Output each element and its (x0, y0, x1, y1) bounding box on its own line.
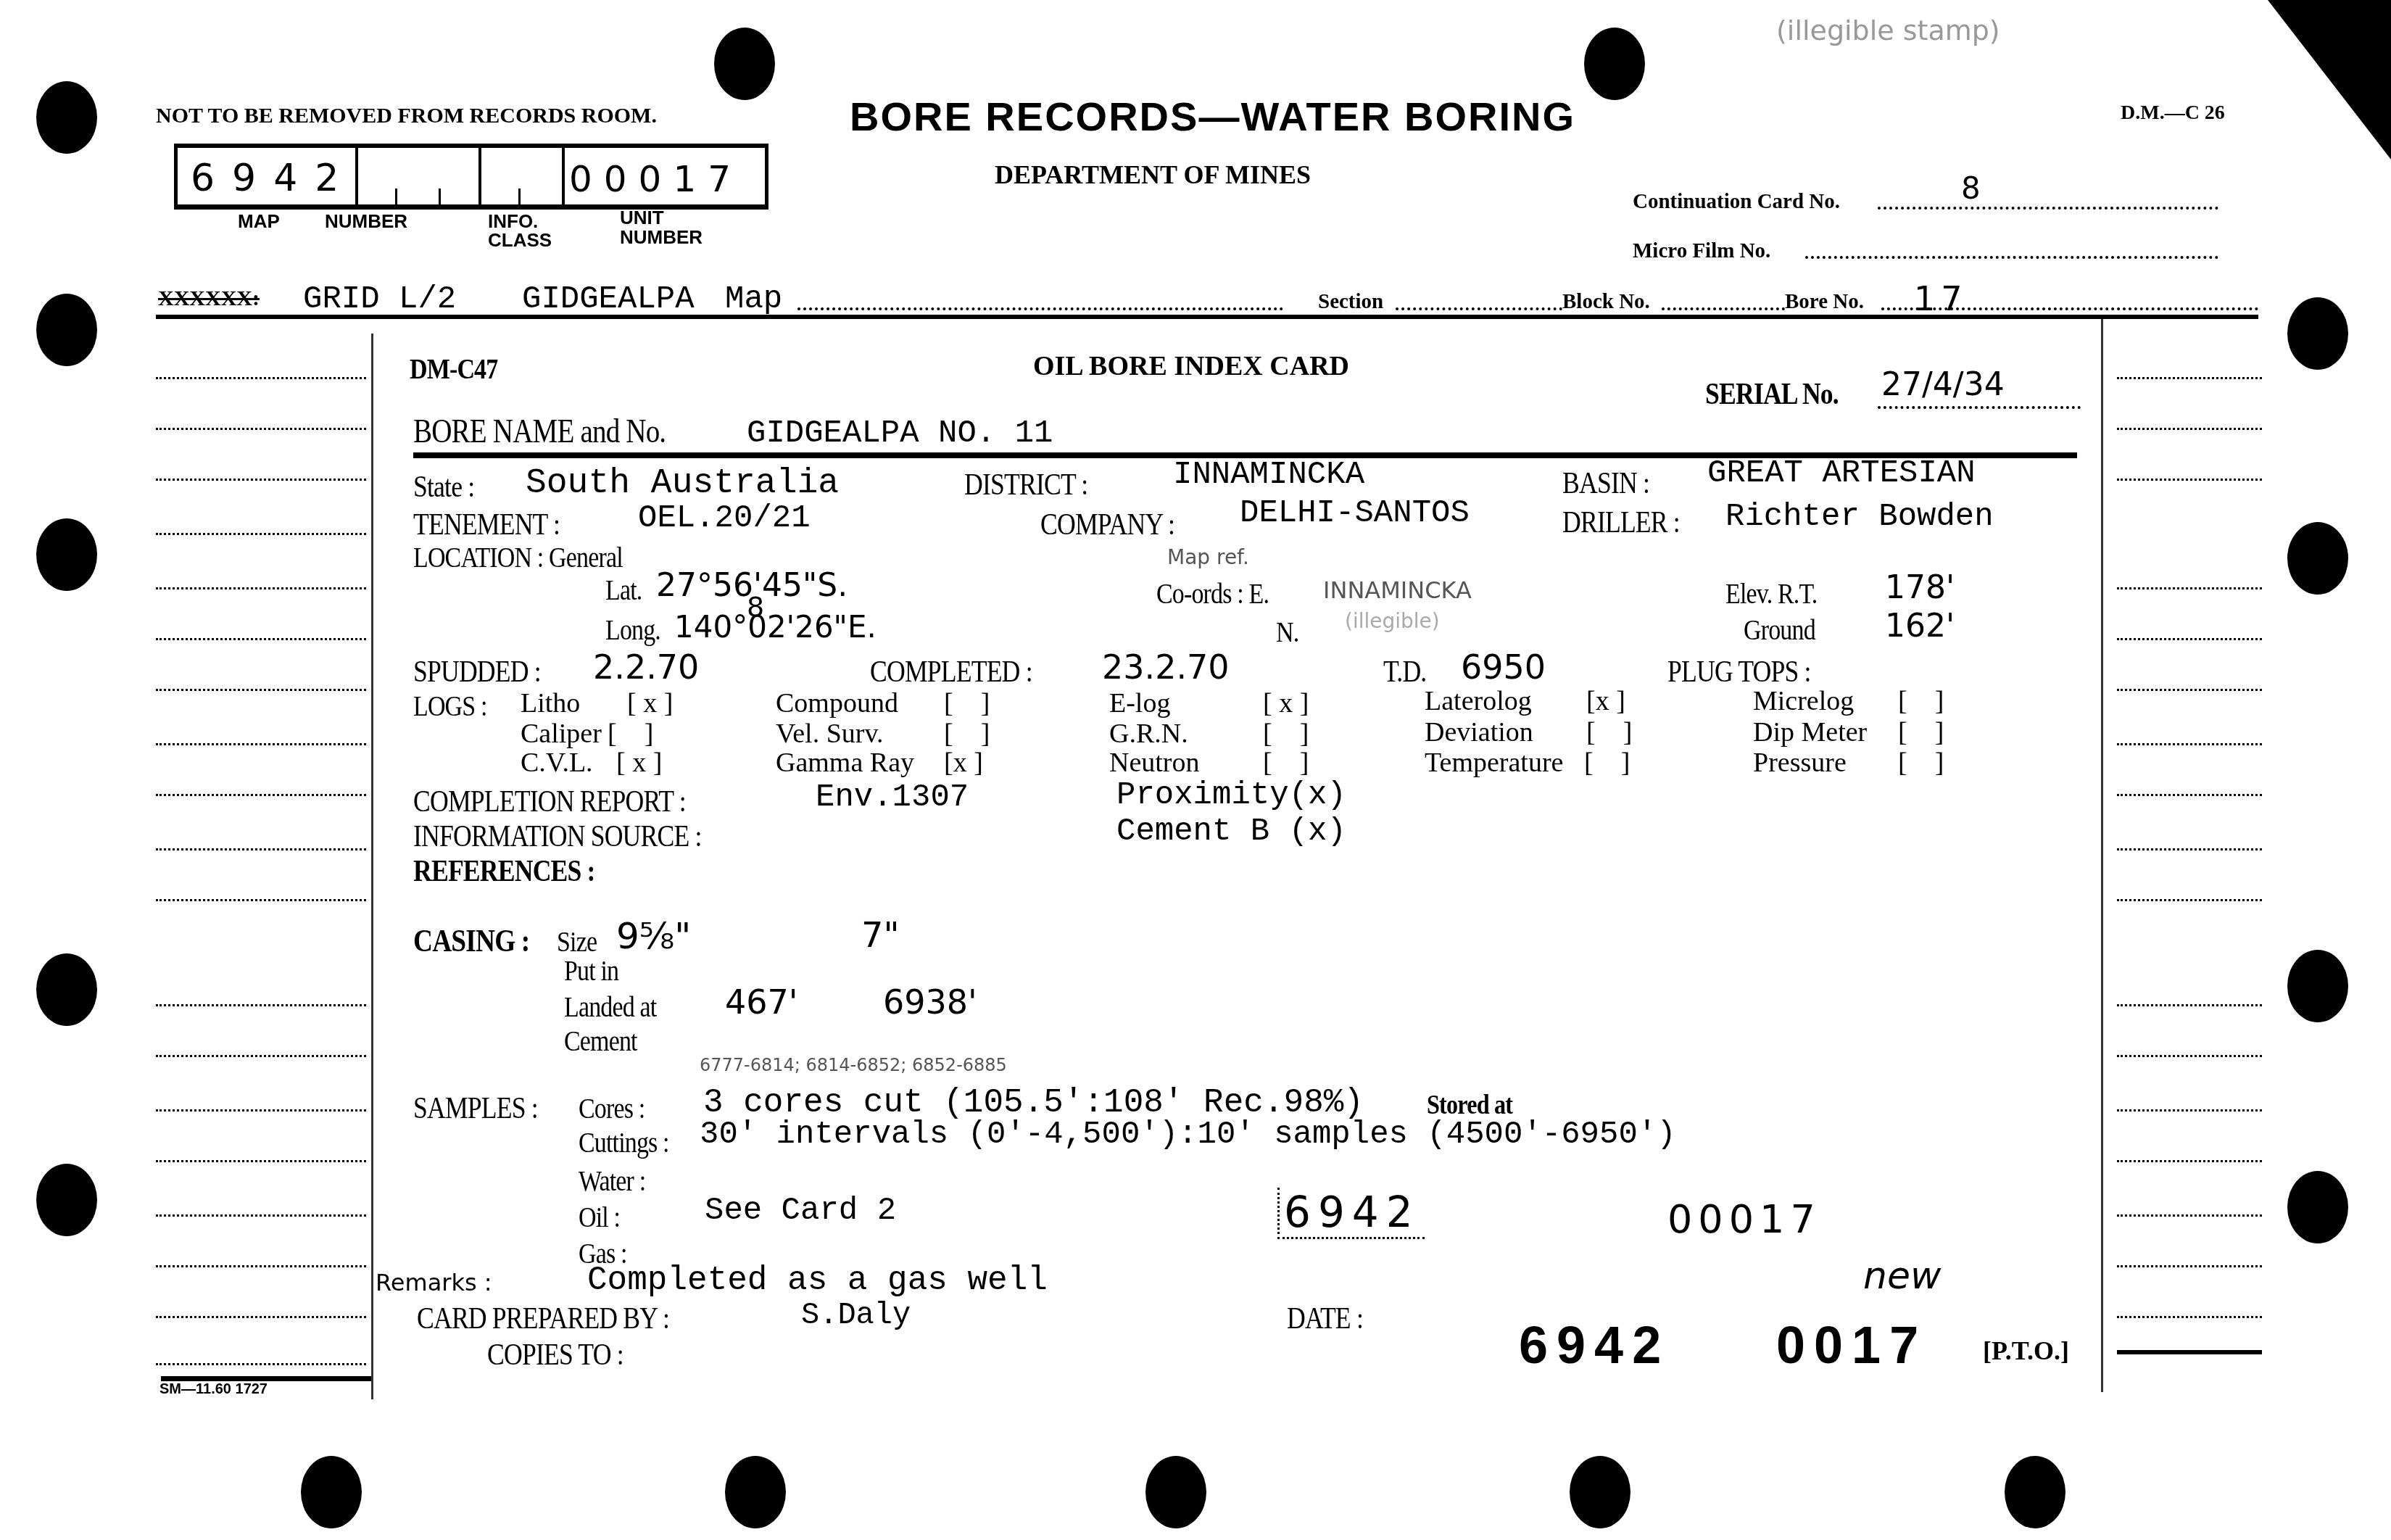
casing-landed-1: 467' (725, 982, 797, 1022)
location-label: LOCATION : General (413, 540, 623, 574)
punch-hole (2287, 950, 2348, 1022)
casing-label: CASING : (413, 922, 529, 959)
casing-size-1: 9⅝" (616, 915, 691, 957)
grid-value: GRID L/2 (303, 281, 456, 318)
log-temperature-checkbox[interactable]: [ ] (1584, 747, 1630, 779)
cuttings-label: Cuttings : (579, 1125, 669, 1159)
punch-hole (36, 81, 97, 154)
map-number-value: 6942 (191, 157, 356, 200)
stamp-map-number: 6942 (1519, 1316, 1670, 1375)
card-form-id: DM-C47 (410, 352, 497, 386)
elev-rt-label: Elev. R.T. (1725, 576, 1818, 610)
map-name-value: GIDGEALPA (522, 281, 695, 318)
ground-label: Ground (1744, 613, 1815, 647)
page-title: BORE RECORDS—WATER BORING (850, 93, 1575, 140)
district-label: DISTRICT : (964, 468, 1087, 502)
punch-hole (2287, 522, 2348, 595)
coords-n-value: (illegible) (1345, 609, 1440, 633)
coords-label: Co-ords : E. (1156, 576, 1269, 610)
number-label: NUMBER (325, 210, 407, 233)
map-number-box: 6942 00017 (174, 144, 768, 210)
unit-number-label: NUMBER (620, 226, 703, 249)
log-micrelog: Micrelog (1753, 685, 1854, 717)
map-label-text: Map (725, 281, 782, 318)
log-dip-meter: Dip Meter (1753, 716, 1867, 748)
log-pressure-checkbox[interactable]: [ ] (1898, 747, 1944, 779)
log-neutron: Neutron (1109, 747, 1200, 779)
section-label: Section (1318, 290, 1383, 314)
log-neutron-checkbox[interactable]: [ ] (1263, 747, 1309, 779)
punch-hole (1584, 28, 1645, 100)
completion-report-label: COMPLETION REPORT : (413, 785, 686, 819)
punch-hole (36, 518, 97, 591)
unit-number-value: 00017 (569, 158, 742, 200)
serial-label: SERIAL No. (1705, 377, 1839, 412)
records-room-notice: NOT TO BE REMOVED FROM RECORDS ROOM. (156, 104, 657, 128)
continuation-card-label: Continuation Card No. (1633, 190, 1840, 214)
tenement-value: OEL.20/21 (638, 500, 811, 537)
water-label: Water : (579, 1164, 645, 1198)
continuation-card-rule (1878, 207, 2218, 210)
cuttings-value: 30' intervals (0'-4,500'):10' samples (4… (700, 1117, 1676, 1153)
oil-label: Oil : (579, 1200, 620, 1234)
long-label: Long. (605, 613, 660, 647)
log-gamma-ray: Gamma Ray (776, 747, 914, 779)
log-temperature: Temperature (1425, 747, 1563, 779)
map-rule (797, 307, 1283, 310)
punch-hole (36, 294, 97, 366)
log-vel-surv-checkbox[interactable]: [ ] (944, 718, 990, 750)
log-elog-checkbox[interactable]: [ x ] (1263, 687, 1309, 719)
company-value: DELHI-SANTOS (1240, 495, 1470, 531)
basin-value: GREAT ARTESIAN (1707, 455, 1976, 492)
cores-label: Cores : (579, 1091, 645, 1125)
copies-to-label: COPIES TO : (487, 1338, 623, 1373)
log-dip-meter-checkbox[interactable]: [ ] (1898, 716, 1944, 748)
block-rule (1662, 307, 1785, 310)
micro-film-rule (1805, 256, 2218, 259)
block-label: Block No. (1562, 290, 1650, 314)
td-value: 6950 (1461, 647, 1546, 687)
oil-value: See Card 2 (705, 1193, 896, 1229)
section-rule (1396, 307, 1562, 310)
hand-note: new (1863, 1254, 1941, 1298)
completed-label: COMPLETED : (870, 655, 1032, 690)
log-grn: G.R.N. (1109, 718, 1188, 750)
micro-film-label: Micro Film No. (1633, 239, 1770, 263)
completion-report-value: Env.1307 (816, 779, 969, 816)
serial-rule (1878, 406, 2081, 409)
log-caliper-checkbox[interactable]: [ ] (608, 718, 653, 750)
casing-putin-label: Put in (564, 953, 618, 988)
ground-value: 162' (1885, 608, 1955, 645)
log-micrelog-checkbox[interactable]: [ ] (1898, 685, 1944, 717)
casing-cement-label: Cement (564, 1024, 637, 1058)
punch-hole (36, 953, 97, 1026)
form-code: D.M.—C 26 (2121, 102, 2225, 125)
log-deviation-checkbox[interactable]: [ ] (1586, 716, 1632, 748)
department-name: DEPARTMENT OF MINES (995, 160, 1311, 190)
logs-label: LOGS : (413, 689, 487, 723)
punch-hole (2287, 1171, 2348, 1243)
casing-landed-2: 6938' (883, 982, 977, 1022)
log-laterolog-checkbox[interactable]: [x ] (1586, 685, 1625, 717)
card-right-border (2101, 319, 2103, 1392)
references-label: REFERENCES : (413, 854, 595, 889)
long-value: 140°02'26"E. (674, 609, 877, 645)
log-cvl-checkbox[interactable]: [ x ] (616, 747, 662, 779)
header-rule (156, 315, 2258, 319)
state-label: State : (413, 470, 474, 505)
date-label: DATE : (1287, 1301, 1363, 1336)
extra-log-cement-b: Cement B (x) (1116, 814, 1346, 850)
corner-cut (2268, 0, 2391, 160)
hand-unit-number: 00017 (1667, 1196, 1821, 1242)
remarks-label: Remarks : (376, 1269, 492, 1296)
stamp-mark: (illegible stamp) (1776, 15, 2000, 46)
prepared-by-value: S.Daly (801, 1298, 911, 1333)
log-vel-surv: Vel. Surv. (776, 718, 883, 750)
samples-label: SAMPLES : (413, 1091, 538, 1126)
completed-value: 23.2.70 (1102, 647, 1230, 687)
basin-label: BASIN : (1562, 466, 1649, 501)
spudded-value: 2.2.70 (593, 647, 699, 687)
casing-size-2: 7" (861, 915, 900, 956)
punch-hole (1570, 1456, 1630, 1528)
coords-e-value: INNAMINCKA (1323, 576, 1472, 604)
casing-landed-label: Landed at (564, 990, 656, 1024)
information-source-label: INFORMATION SOURCE : (413, 819, 702, 854)
state-value: South Australia (526, 464, 839, 503)
td-label: T.D. (1383, 655, 1426, 690)
map-label: MAP (238, 210, 280, 233)
punch-hole (714, 28, 775, 100)
punch-hole (2287, 297, 2348, 370)
log-cvl: C.V.L. (521, 747, 593, 779)
punch-hole (36, 1164, 97, 1236)
spudded-label: SPUDDED : (413, 655, 541, 690)
log-compound: Compound (776, 687, 898, 719)
stamp-unit-number: 0017 (1776, 1316, 1927, 1375)
log-pressure: Pressure (1753, 747, 1847, 779)
district-value: INNAMINCKA (1173, 457, 1364, 493)
log-compound-checkbox[interactable]: [ ] (944, 687, 990, 719)
cement-intervals-note: 6777-6814; 6814-6852; 6852-6885 (700, 1055, 1007, 1075)
log-laterolog: Laterolog (1425, 685, 1532, 717)
pto-label: [P.T.O.] (1983, 1336, 2069, 1366)
map-ref-note: Map ref. (1167, 545, 1249, 569)
punch-hole (725, 1456, 786, 1528)
bore-no-value: 17 (1914, 279, 1968, 318)
serial-value: 27/4/34 (1881, 366, 2005, 403)
class-label: CLASS (488, 229, 552, 252)
elev-rt-value: 178' (1885, 569, 1955, 606)
log-caliper: Caliper (521, 718, 602, 750)
location-prefix: XXXXXX: (158, 286, 260, 311)
tenement-label: TENEMENT : (413, 508, 560, 542)
bore-no-label: Bore No. (1785, 290, 1864, 314)
lat-label: Lat. (605, 573, 642, 607)
remarks-value: Completed as a gas well (587, 1262, 1048, 1299)
continuation-card-value: 8 (1961, 170, 1981, 206)
prepared-by-label: CARD PREPARED BY : (417, 1301, 669, 1336)
log-litho-checkbox[interactable]: [ x ] (627, 687, 673, 719)
punch-hole (1145, 1456, 1206, 1528)
log-litho: Litho (521, 687, 580, 719)
driller-value: Richter Bowden (1725, 499, 1994, 535)
bore-name-label: BORE NAME and No. (413, 412, 666, 450)
log-elog: E-log (1109, 687, 1170, 719)
punch-hole (2005, 1456, 2065, 1528)
plug-tops-label: PLUG TOPS : (1667, 655, 1811, 690)
coords-n-label: N. (1276, 615, 1298, 649)
company-label: COMPANY : (1040, 508, 1174, 542)
print-code: SM—11.60 1727 (159, 1381, 268, 1398)
bore-name-value: GIDGEALPA NO. 11 (747, 415, 1053, 452)
card-title: OIL BORE INDEX CARD (1033, 350, 1349, 382)
extra-log-proximity: Proximity(x) (1116, 777, 1346, 814)
hand-map-number: 6942 (1277, 1188, 1425, 1239)
card-left-border (371, 334, 373, 1399)
log-gamma-ray-checkbox[interactable]: [x ] (944, 747, 983, 779)
log-grn-checkbox[interactable]: [ ] (1263, 718, 1309, 750)
punch-hole (301, 1456, 362, 1528)
driller-label: DRILLER : (1562, 505, 1680, 540)
log-deviation: Deviation (1425, 716, 1533, 748)
